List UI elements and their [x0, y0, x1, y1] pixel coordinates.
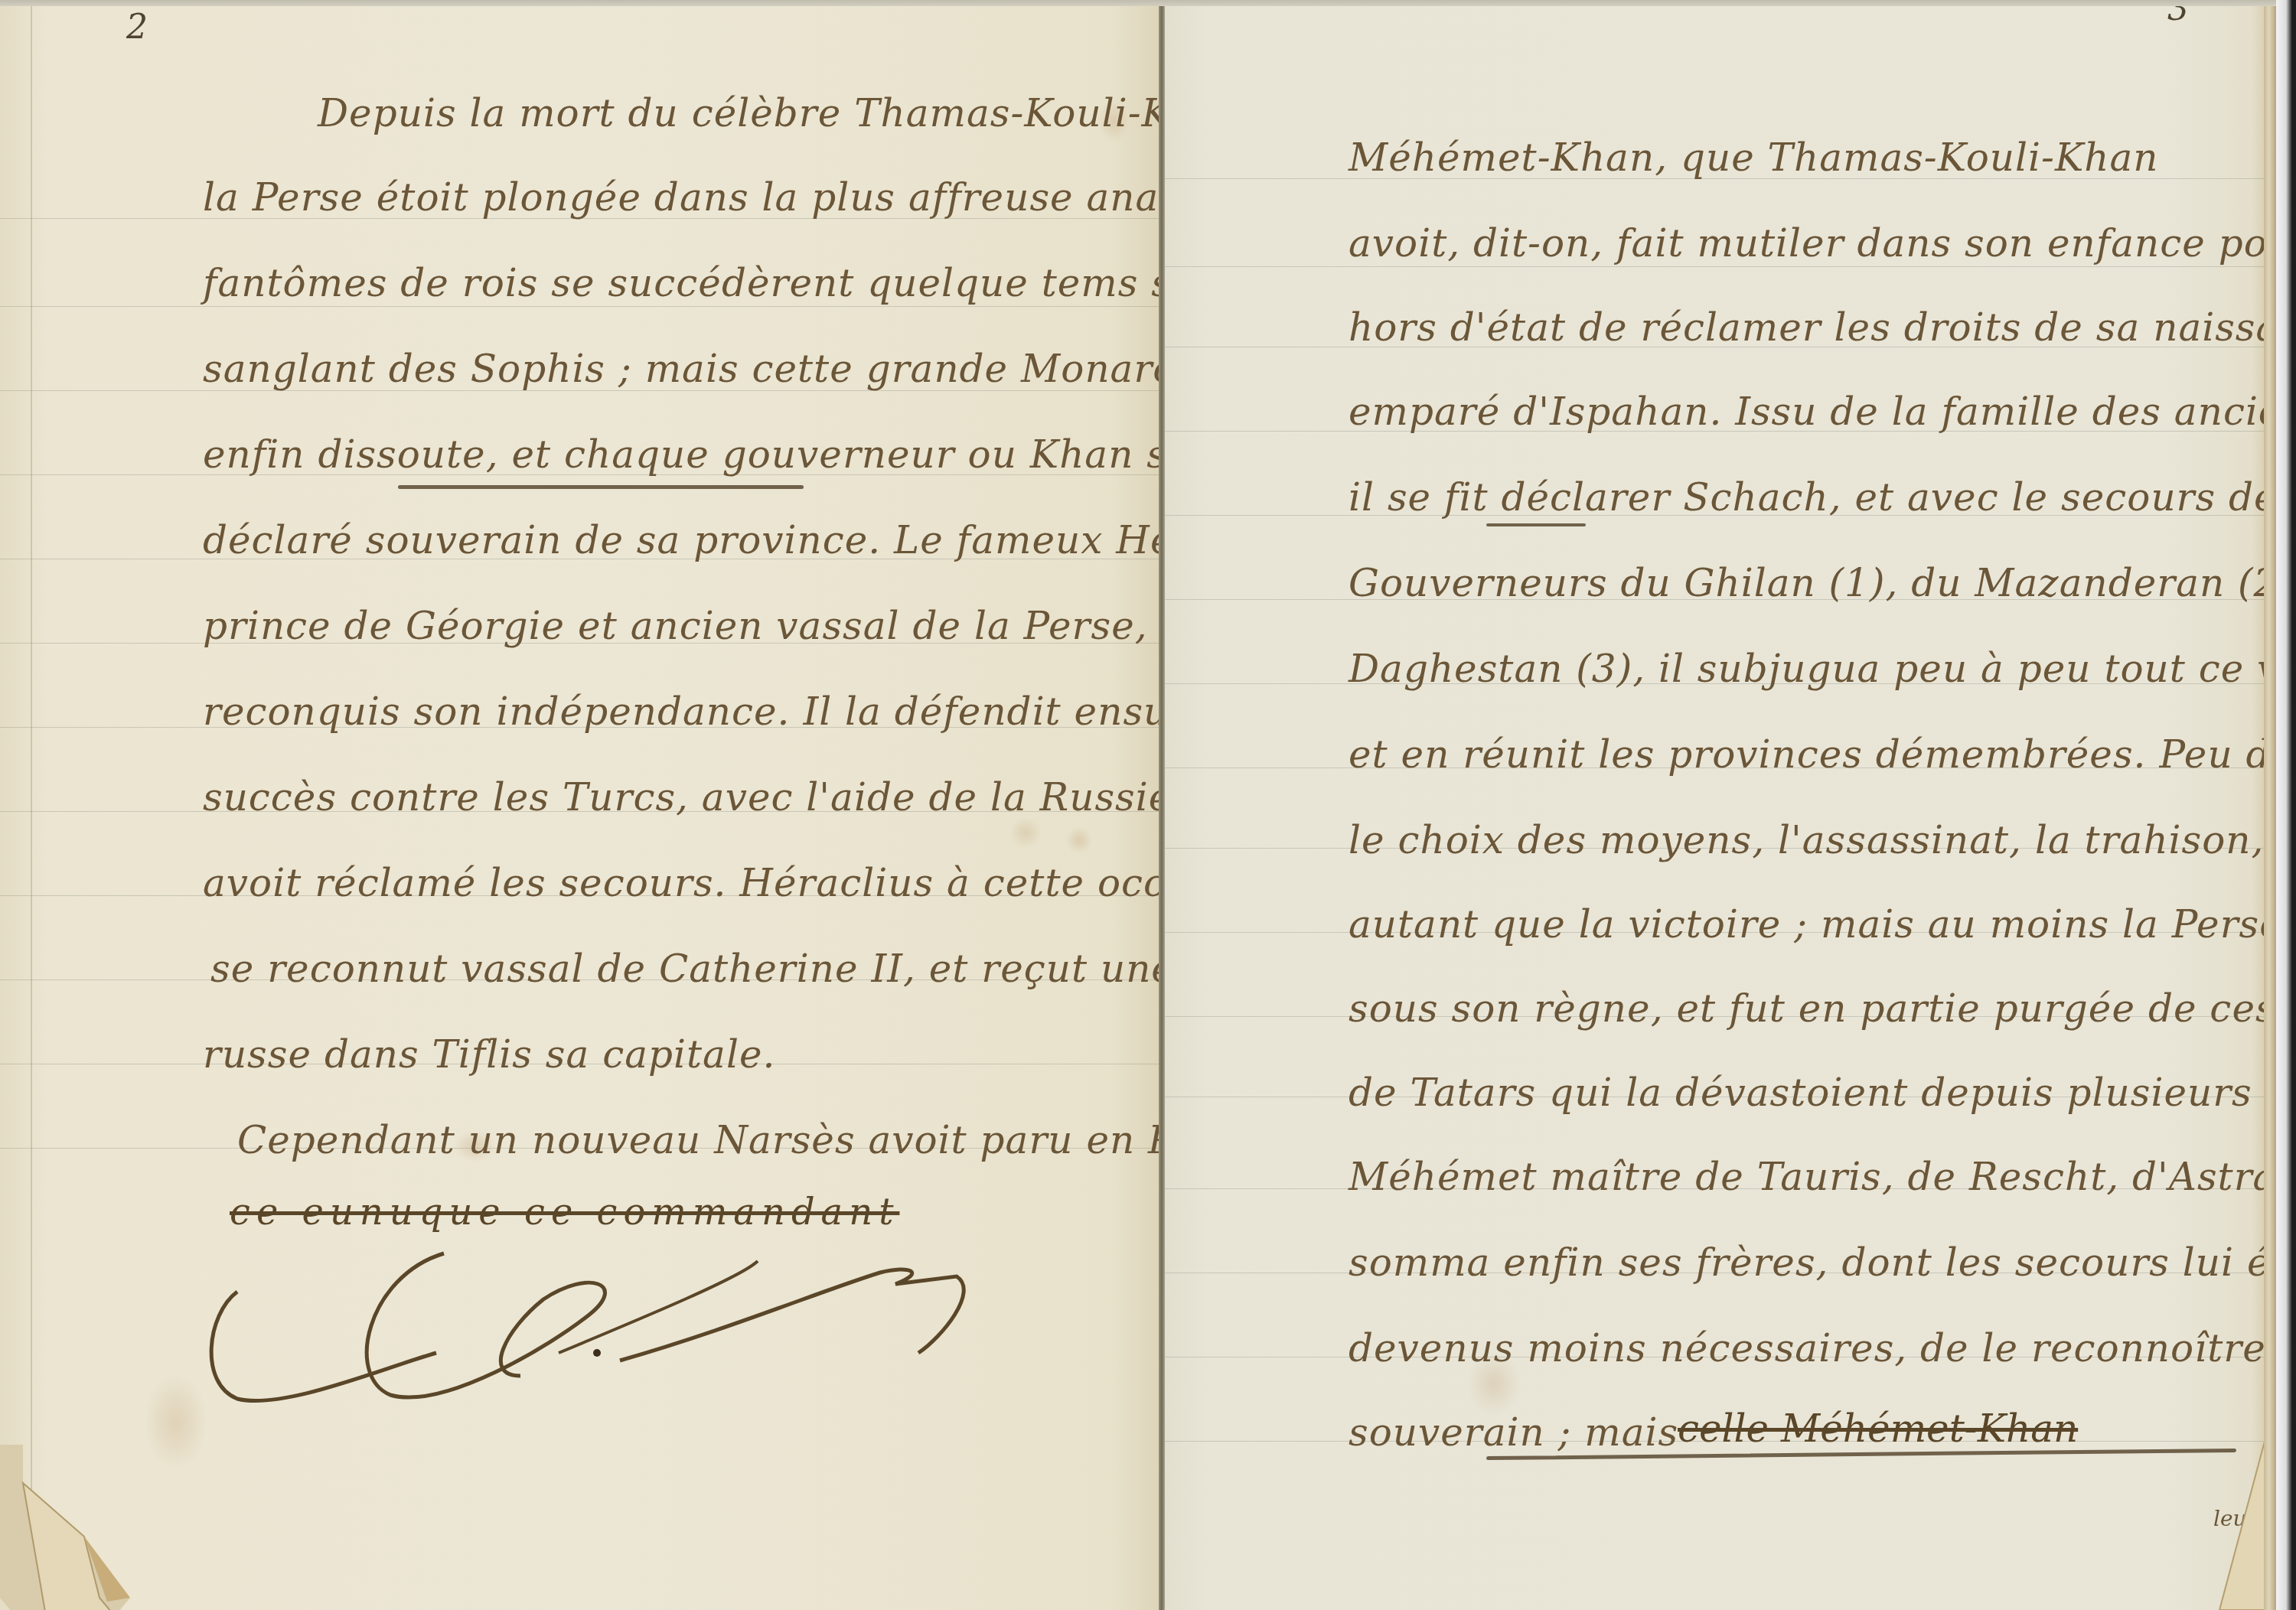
left-page: 2 Depuis la mort du célèbre Thamas-Kouli… — [0, 6, 1162, 1610]
schach-underline — [1486, 523, 1586, 526]
manuscript-line: Méhémet-Khan, que Thamas-Kouli-Khan — [1349, 135, 2159, 181]
ruled-line — [1165, 266, 2267, 267]
manuscript-line: sous son règne, et fut en partie purgée … — [1349, 986, 2267, 1032]
ruled-line — [0, 306, 1162, 307]
manuscript-line: souverain ; mais — [1349, 1410, 1678, 1455]
manuscript-line: et en réunit les provinces démembrées. P… — [1349, 732, 2267, 777]
manuscript-line: déclaré souverain de sa province. Le fam… — [203, 517, 1162, 563]
manuscript-line: autant que la victoire ; mais au moins l… — [1349, 901, 2267, 947]
manuscript-line: russe dans Tiflis sa capitale. — [203, 1032, 775, 1077]
right-page: 3 Méhémet-Khan, que Thamas-Kouli-Khan av… — [1165, 6, 2267, 1610]
manuscript-line: reconquis son indépendance. Il la défend… — [203, 689, 1162, 735]
book-gutter — [1159, 6, 1165, 1610]
page-number-right: 3 — [2167, 6, 2189, 28]
manuscript-line: Depuis la mort du célèbre Thamas-Kouli-K… — [318, 90, 1162, 136]
manuscript-line: avoit réclamé les secours. Héraclius à c… — [203, 860, 1162, 906]
manuscript-line: fantômes de rois se succédèrent quelque … — [203, 260, 1162, 306]
manuscript-line: devenus moins nécessaires, de le reconno… — [1349, 1325, 2267, 1371]
manuscript-line: somma enfin ses frères, dont les secours… — [1349, 1240, 2267, 1286]
manuscript-line: de Tatars qui la dévastoient depuis plus… — [1349, 1070, 2267, 1116]
manuscript-line: prince de Géorgie et ancien vassal de la… — [203, 603, 1162, 649]
manuscript-line: hors d'état de réclamer les droits de sa… — [1349, 305, 2267, 350]
manuscript-line: Daghestan (3), il subjugua peu à peu tou… — [1349, 646, 2267, 692]
folded-corner — [0, 1445, 138, 1610]
manuscript-line: avoit, dit-on, fait mutiler dans son enf… — [1349, 220, 2267, 266]
manuscript-line: le choix des moyens, l'assassinat, la tr… — [1349, 817, 2267, 863]
pen-flourish-icon — [191, 1246, 1110, 1414]
struck-out-words: celle Méhémet-Khan — [1678, 1406, 2078, 1451]
page-edge-flap — [2204, 1439, 2265, 1610]
book-cover-edge — [2276, 0, 2296, 1610]
emphasis-underline — [398, 485, 804, 489]
manuscript-spread: 2 Depuis la mort du célèbre Thamas-Kouli… — [0, 0, 2296, 1610]
manuscript-line: succès contre les Turcs, avec l'aide de … — [203, 774, 1162, 820]
manuscript-line: se reconnut vassal de Catherine II, et r… — [210, 946, 1162, 992]
page-stack-edge — [2264, 6, 2276, 1610]
page-number-left: 2 — [126, 8, 148, 47]
manuscript-line: enfin dissoute, et chaque gouverneur ou … — [203, 432, 1162, 477]
manuscript-line: Cependant un nouveau Narsès avoit paru e… — [237, 1117, 1162, 1163]
manuscript-line: la Perse étoit plongée dans la plus affr… — [203, 174, 1162, 220]
manuscript-line: emparé d'Ispahan. Issu de la famille des… — [1349, 389, 2267, 435]
manuscript-line: il se fit déclarer Schach, et avec le se… — [1349, 474, 2267, 520]
manuscript-line: sanglant des Sophis ; mais cette grande … — [203, 346, 1162, 392]
struck-out-line: ce eunuque ce commandant — [230, 1191, 1071, 1234]
manuscript-line: Méhémet maître de Tauris, de Rescht, d'A… — [1349, 1154, 2267, 1200]
manuscript-line: Gouverneurs du Ghilan (1), du Mazanderan… — [1349, 560, 2267, 606]
